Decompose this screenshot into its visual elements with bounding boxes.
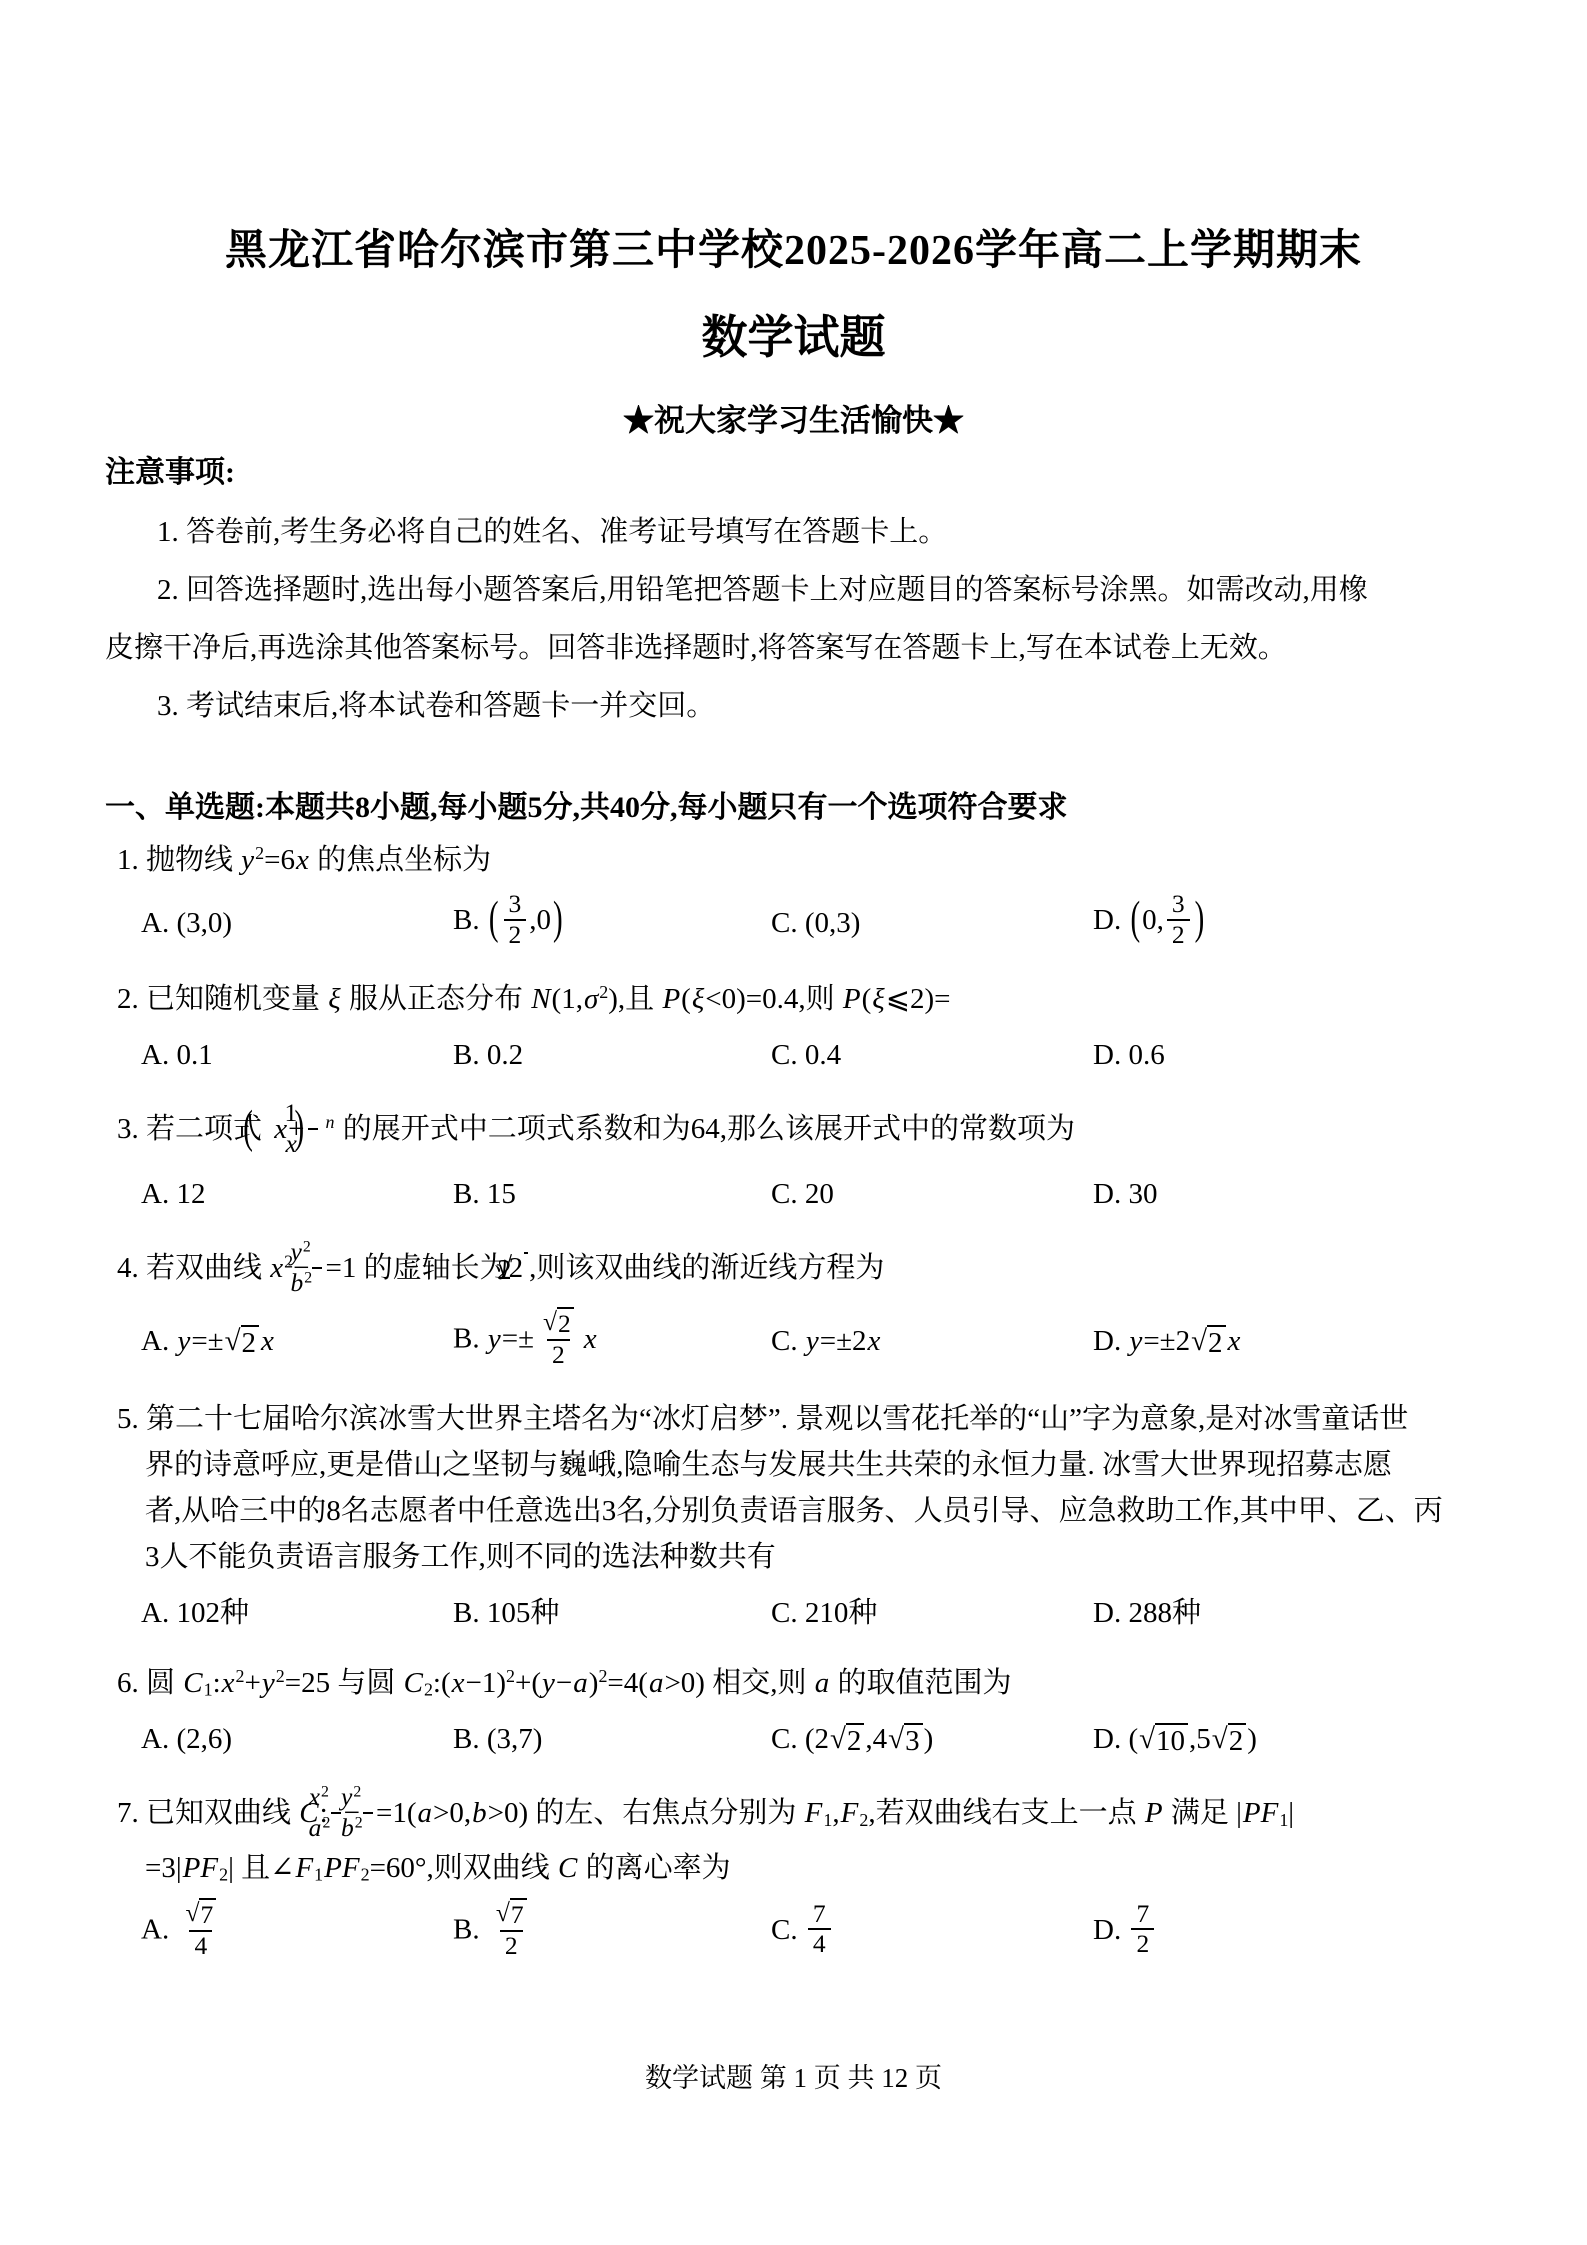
question-2: 2. 已知随机变量 ξ 服从正态分布 N(1,σ2),且 P(ξ<0)=0.4,… — [117, 976, 1482, 1078]
question-option-A: A. (3,0) — [141, 900, 453, 946]
question-option-B: B. 105种 — [453, 1590, 771, 1636]
question-option-C: C. (2√2,4√3) — [771, 1716, 1093, 1762]
options-row: A. √74B. √72C. 74D. 72 — [141, 1901, 1482, 1963]
question-option-D: D. (0,32) — [1093, 893, 1482, 952]
question-option-A: A. (2,6) — [141, 1716, 453, 1762]
question-option-C: C. 0.4 — [771, 1032, 1093, 1078]
question-5: 5. 第二十七届哈尔滨冰雪大世界主塔名为“冰灯启梦”. 景观以雪花托举的“山”字… — [117, 1396, 1482, 1636]
question-option-C: C. (0,3) — [771, 900, 1093, 946]
question-stem-line: 7. 已知双曲线 C:x2a2−y2b2=1(a>0,b>0) 的左、右焦点分别… — [117, 1786, 1482, 1845]
question-stem-line: 3人不能负责语言服务工作,则不同的选法种数共有 — [117, 1534, 1482, 1580]
question-3: 3. 若二项式 (x+1x)n 的展开式中二项式系数和为64,那么该展开式中的常… — [117, 1102, 1482, 1217]
question-stem-line: 者,从哈三中的8名志愿者中任意选出3名,分别负责语言服务、人员引导、应急救助工作… — [117, 1488, 1482, 1534]
question-stem-line: 4. 若双曲线 x2−y2b2=1 的虚轴长为2√2,则该双曲线的渐近线方程为 — [117, 1241, 1482, 1300]
question-4: 4. 若双曲线 x2−y2b2=1 的虚轴长为2√2,则该双曲线的渐近线方程为A… — [117, 1241, 1482, 1372]
question-option-C: C. 20 — [771, 1171, 1093, 1217]
greeting-line: ★祝大家学习生活愉快★ — [105, 401, 1482, 441]
question-stem-line: =3|PF2| 且∠F1PF2=60°,则双曲线 C 的离心率为 — [117, 1845, 1482, 1891]
question-stem-line: 界的诗意呼应,更是借山之坚韧与巍峨,隐喻生态与发展共生共荣的永恒力量. 冰雪大世… — [117, 1442, 1482, 1488]
notes-heading: 注意事项: — [105, 453, 1482, 493]
note-line: 3. 考试结束后,将本试卷和答题卡一并交回。 — [105, 677, 1482, 735]
question-option-B: B. 15 — [453, 1171, 771, 1217]
question-6: 6. 圆 C1:x2+y2=25 与圆 C2:(x−1)2+(y−a)2=4(a… — [117, 1660, 1482, 1762]
question-option-D: D. 288种 — [1093, 1590, 1482, 1636]
options-row: A. 0.1B. 0.2C. 0.4D. 0.6 — [141, 1032, 1482, 1078]
questions-list: 1. 抛物线 y2=6x 的焦点坐标为A. (3,0)B. (32,0)C. (… — [105, 837, 1482, 1963]
question-1: 1. 抛物线 y2=6x 的焦点坐标为A. (3,0)B. (32,0)C. (… — [117, 837, 1482, 952]
question-option-C: C. 74 — [771, 1903, 1093, 1962]
question-7: 7. 已知双曲线 C:x2a2−y2b2=1(a>0,b>0) 的左、右焦点分别… — [117, 1786, 1482, 1963]
question-option-B: B. 0.2 — [453, 1032, 771, 1078]
question-option-A: A. √74 — [141, 1901, 453, 1963]
question-option-A: A. 12 — [141, 1171, 453, 1217]
options-row: A. 102种B. 105种C. 210种D. 288种 — [141, 1590, 1482, 1636]
exam-title-line2: 数学试题 — [105, 311, 1482, 365]
question-option-D: D. (√10,5√2) — [1093, 1716, 1482, 1762]
options-row: A. (3,0)B. (32,0)C. (0,3)D. (0,32) — [141, 893, 1482, 952]
question-option-B: B. y=±√22x — [453, 1310, 771, 1372]
question-option-D: D. 30 — [1093, 1171, 1482, 1217]
question-option-C: C. 210种 — [771, 1590, 1093, 1636]
question-option-D: D. 0.6 — [1093, 1032, 1482, 1078]
question-option-B: B. √72 — [453, 1901, 771, 1963]
options-row: A. 12B. 15C. 20D. 30 — [141, 1171, 1482, 1217]
exam-paper-page: 黑龙江省哈尔滨市第三中学校2025-2026学年高二上学期期末 数学试题 ★祝大… — [0, 0, 1587, 2245]
options-row: A. (2,6)B. (3,7)C. (2√2,4√3)D. (√10,5√2) — [141, 1716, 1482, 1762]
question-option-B: B. (3,7) — [453, 1716, 771, 1762]
note-line: 皮擦干净后,再选涂其他答案标号。回答非选择题时,将答案写在答题卡上,写在本试卷上… — [105, 619, 1482, 677]
question-stem-line: 1. 抛物线 y2=6x 的焦点坐标为 — [117, 837, 1482, 883]
question-option-A: A. 0.1 — [141, 1032, 453, 1078]
question-stem-line: 5. 第二十七届哈尔滨冰雪大世界主塔名为“冰灯启梦”. 景观以雪花托举的“山”字… — [117, 1396, 1482, 1442]
question-option-D: D. y=±2√2x — [1093, 1318, 1482, 1364]
question-option-A: A. 102种 — [141, 1590, 453, 1636]
note-line: 2. 回答选择题时,选出每小题答案后,用铅笔把答题卡上对应题目的答案标号涂黑。如… — [105, 561, 1482, 619]
notes-list: 1. 答卷前,考生务必将自己的姓名、准考证号填写在答题卡上。2. 回答选择题时,… — [105, 503, 1482, 735]
question-option-A: A. y=±√2x — [141, 1318, 453, 1364]
question-option-C: C. y=±2x — [771, 1318, 1093, 1364]
question-stem-line: 6. 圆 C1:x2+y2=25 与圆 C2:(x−1)2+(y−a)2=4(a… — [117, 1660, 1482, 1706]
note-line: 1. 答卷前,考生务必将自己的姓名、准考证号填写在答题卡上。 — [105, 503, 1482, 561]
exam-title-line1: 黑龙江省哈尔滨市第三中学校2025-2026学年高二上学期期末 — [105, 225, 1482, 277]
question-option-B: B. (32,0) — [453, 893, 771, 952]
options-row: A. y=±√2xB. y=±√22xC. y=±2xD. y=±2√2x — [141, 1310, 1482, 1372]
page-footer: 数学试题 第 1 页 共 12 页 — [0, 2060, 1587, 2096]
question-stem-line: 3. 若二项式 (x+1x)n 的展开式中二项式系数和为64,那么该展开式中的常… — [117, 1102, 1482, 1161]
question-stem-line: 2. 已知随机变量 ξ 服从正态分布 N(1,σ2),且 P(ξ<0)=0.4,… — [117, 976, 1482, 1022]
section1-header: 一、单选题:本题共8小题,每小题5分,共40分,每小题只有一个选项符合要求 — [105, 787, 1482, 829]
question-option-D: D. 72 — [1093, 1903, 1482, 1962]
